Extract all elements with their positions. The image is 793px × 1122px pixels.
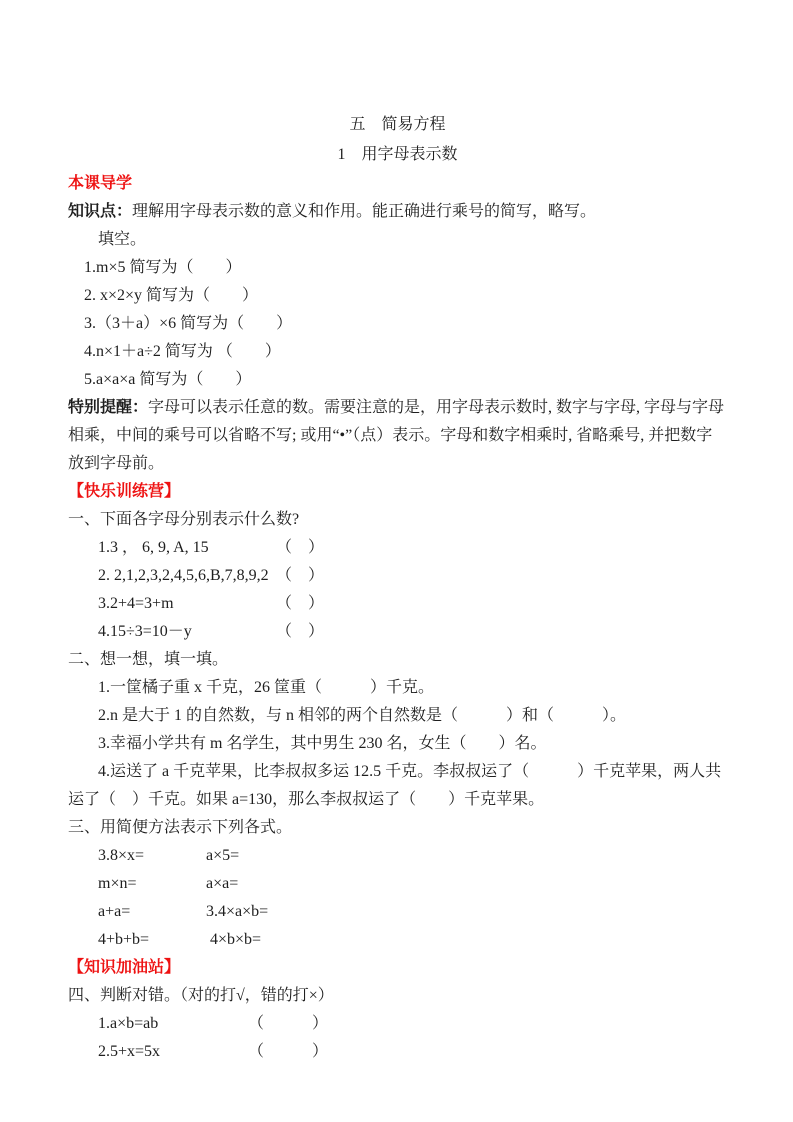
- section3-row-2-expression-left: m×n=: [98, 870, 206, 898]
- section1-item-4-expression: 4.15÷3=10－y: [98, 618, 276, 646]
- section4-item-2-answer-blank: （ ）: [248, 1043, 328, 1060]
- section4-title: 四、判断对错。（对的打√，错的打×）: [68, 982, 727, 1010]
- guide-item-2: 2. x×2×y 简写为（ ）: [68, 282, 727, 310]
- guide-item-3: 3.（3＋a）×6 简写为（ ）: [68, 310, 727, 338]
- knowledge-point-line: 知识点：理解用字母表示数的意义和作用。能正确进行乘号的简写，略写。: [68, 198, 727, 226]
- training-camp-heading: 【快乐训练营】: [68, 478, 727, 506]
- section3-row-3-expression-right: 3.4×a×b=: [206, 903, 268, 920]
- section4-item-2-expression: 2.5+x=5x: [98, 1038, 248, 1066]
- section3-row-4-expression-left: 4+b+b=: [98, 926, 206, 954]
- section1-item-3-answer-blank: （ ）: [276, 595, 324, 612]
- section1-item-1: 1.3 ， 6, 9, A, 15（ ）: [68, 534, 727, 562]
- section1-item-4-answer-blank: （ ）: [276, 623, 324, 640]
- guide-heading: 本课导学: [68, 170, 727, 198]
- knowledge-point-label: 知识点：: [68, 203, 132, 220]
- section3-row-4: 4+b+b= 4×b×b=: [68, 926, 727, 954]
- section1-title: 一、下面各字母分别表示什么数?: [68, 506, 727, 534]
- knowledge-point-text: 理解用字母表示数的意义和作用。能正确进行乘号的简写，略写。: [132, 203, 596, 220]
- reminder-text: 字母可以表示任意的数。需要注意的是，用字母表示数时, 数字与字母, 字母与字母相…: [68, 399, 724, 472]
- section3-row-1-expression-left: 3.8×x=: [98, 842, 206, 870]
- section3-row-3-expression-left: a+a=: [98, 898, 206, 926]
- knowledge-station-heading: 【知识加油站】: [68, 954, 727, 982]
- worksheet-page: 五 简易方程 1 用字母表示数 本课导学 知识点：理解用字母表示数的意义和作用。…: [0, 0, 793, 1122]
- fill-blank-label: 填空。: [68, 226, 727, 254]
- lesson-title: 1 用字母表示数: [68, 140, 727, 170]
- section3-row-2-expression-right: a×a=: [206, 875, 238, 892]
- section1-item-2: 2. 2,1,2,3,2,4,5,6,B,7,8,9,2（ ）: [68, 562, 727, 590]
- section3-row-4-expression-right: 4×b×b=: [206, 931, 261, 948]
- section1-item-3: 3.2+4=3+m（ ）: [68, 590, 727, 618]
- section4-item-1-answer-blank: （ ）: [248, 1015, 328, 1032]
- section3-row-2: m×n=a×a=: [68, 870, 727, 898]
- section3-row-3: a+a=3.4×a×b=: [68, 898, 727, 926]
- reminder-label: 特别提醒：: [68, 399, 148, 416]
- section2-item-3: 3.幸福小学共有 m 名学生，其中男生 230 名，女生（ ）名。: [68, 730, 727, 758]
- section4-item-1: 1.a×b=ab（ ）: [68, 1010, 727, 1038]
- section1-item-2-expression: 2. 2,1,2,3,2,4,5,6,B,7,8,9,2: [98, 562, 276, 590]
- section4-item-2: 2.5+x=5x（ ）: [68, 1038, 727, 1066]
- section2-item-1: 1.一筐橘子重 x 千克，26 筐重（ ）千克。: [68, 674, 727, 702]
- guide-item-1: 1.m×5 简写为（ ）: [68, 254, 727, 282]
- section1-item-2-answer-blank: （ ）: [276, 567, 324, 584]
- section3-title: 三、用简便方法表示下列各式。: [68, 814, 727, 842]
- section2-item-4: 4.运送了 a 千克苹果，比李叔叔多运 12.5 千克。李叔叔运了（ ）千克苹果…: [68, 758, 727, 814]
- section2-title: 二、想一想，填一填。: [68, 646, 727, 674]
- section1-item-4: 4.15÷3=10－y（ ）: [68, 618, 727, 646]
- section3-row-1-expression-right: a×5=: [206, 847, 239, 864]
- unit-title: 五 简易方程: [68, 110, 727, 140]
- section4-item-1-expression: 1.a×b=ab: [98, 1010, 248, 1038]
- section2-item-2: 2.n 是大于 1 的自然数，与 n 相邻的两个自然数是（ ）和（ ）。: [68, 702, 727, 730]
- section3-row-1: 3.8×x=a×5=: [68, 842, 727, 870]
- reminder-line: 特别提醒：字母可以表示任意的数。需要注意的是，用字母表示数时, 数字与字母, 字…: [68, 394, 727, 478]
- section1-item-1-answer-blank: （ ）: [276, 539, 324, 556]
- section1-item-3-expression: 3.2+4=3+m: [98, 590, 276, 618]
- section1-item-1-expression: 1.3 ， 6, 9, A, 15: [98, 534, 276, 562]
- guide-item-4: 4.n×1＋a÷2 简写为 （ ）: [68, 338, 727, 366]
- guide-item-5: 5.a×a×a 简写为（ ）: [68, 366, 727, 394]
